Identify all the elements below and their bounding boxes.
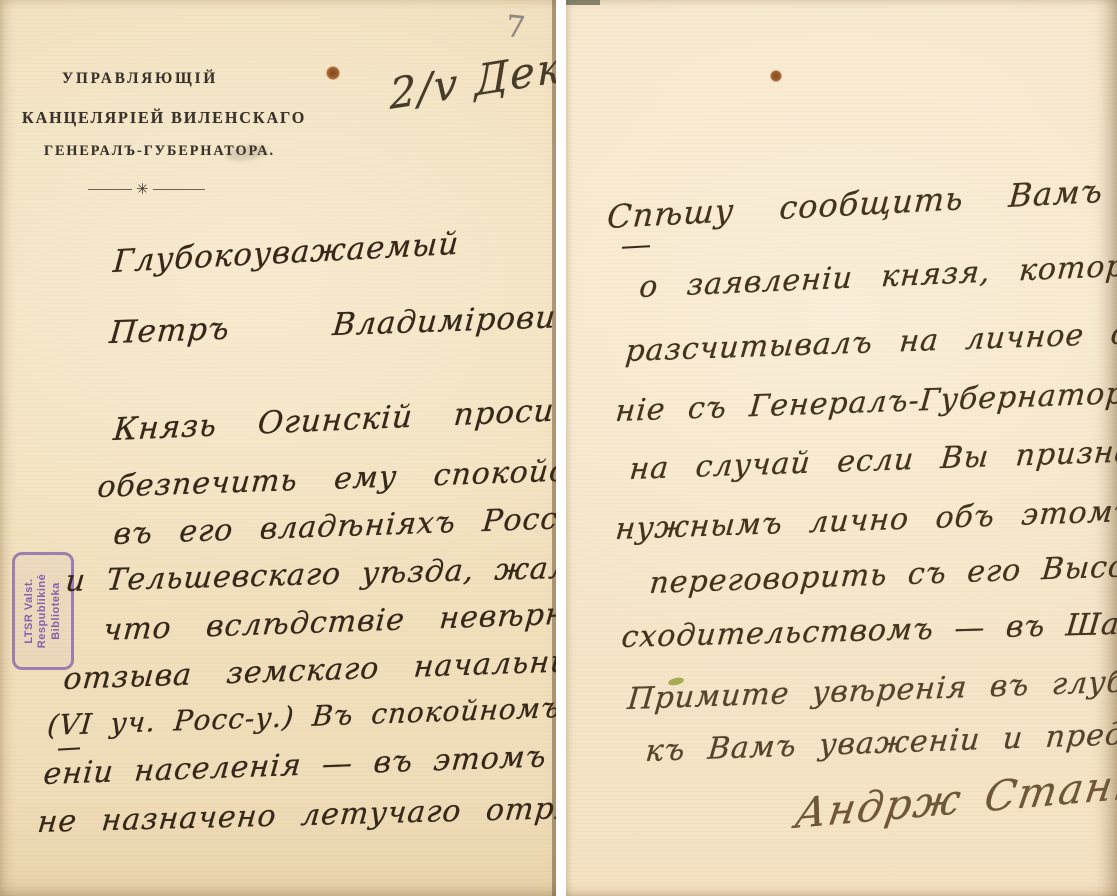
stamp-line-3: Biblioteka <box>50 582 63 640</box>
handwriting-line-salutation: Петръ Владиміровичъ <box>108 298 556 351</box>
scanned-letter-canvas: УПРАВЛЯЮЩІЙ КАНЦЕЛЯРІЕЙ ВИЛЕНСКАГО ГЕНЕР… <box>0 0 1117 896</box>
foxing-spot <box>770 70 782 82</box>
asterisk-ornament-icon: ✳ <box>136 182 149 197</box>
handwriting-line: отзыва земскаго начальника <box>62 643 556 697</box>
pencil-folio-number: 7 <box>504 9 527 46</box>
handwriting-line: не назначено летучаго отряда. <box>36 790 556 840</box>
letter-page-left: УПРАВЛЯЮЩІЙ КАНЦЕЛЯРІЕЙ ВИЛЕНСКАГО ГЕНЕР… <box>0 0 556 896</box>
handwriting-line: Князь Огинскій проситъ <box>112 390 556 448</box>
underline-stroke <box>58 747 80 750</box>
handwritten-date: 2/v Дек: <box>389 39 556 119</box>
handwriting-line: въ его владѣніяхъ Россіенскаго <box>112 496 556 552</box>
ornament-rule-right <box>153 189 205 190</box>
ornament-rule-left <box>88 189 132 190</box>
library-stamp: LTSR Valst. Respublikinė Biblioteka <box>12 552 74 670</box>
scan-edge-artifact <box>566 0 600 5</box>
handwriting-line-salutation: Глубокоуважаемый <box>112 226 461 280</box>
stamp-line-1: LTSR Valst. <box>23 578 36 643</box>
foxing-spot <box>326 66 340 80</box>
letterhead-ornament: ✳ <box>88 182 205 197</box>
handwriting-line: что вслѣдствіе невѣрнаго <box>102 595 556 648</box>
letterhead-line-1: УПРАВЛЯЮЩІЙ <box>62 70 218 88</box>
handwriting-line: еніи населенія — въ этомъ районѣ <box>42 734 556 792</box>
letterhead-line-2: КАНЦЕЛЯРІЕЙ ВИЛЕНСКАГО <box>22 108 306 128</box>
handwriting-line: обезпечить ему спокойствіе <box>96 451 556 505</box>
stamp-line-2: Respublikinė <box>36 574 49 648</box>
handwriting-line: и Тельшевскаго уѣзда, жалуясь, <box>64 549 556 599</box>
